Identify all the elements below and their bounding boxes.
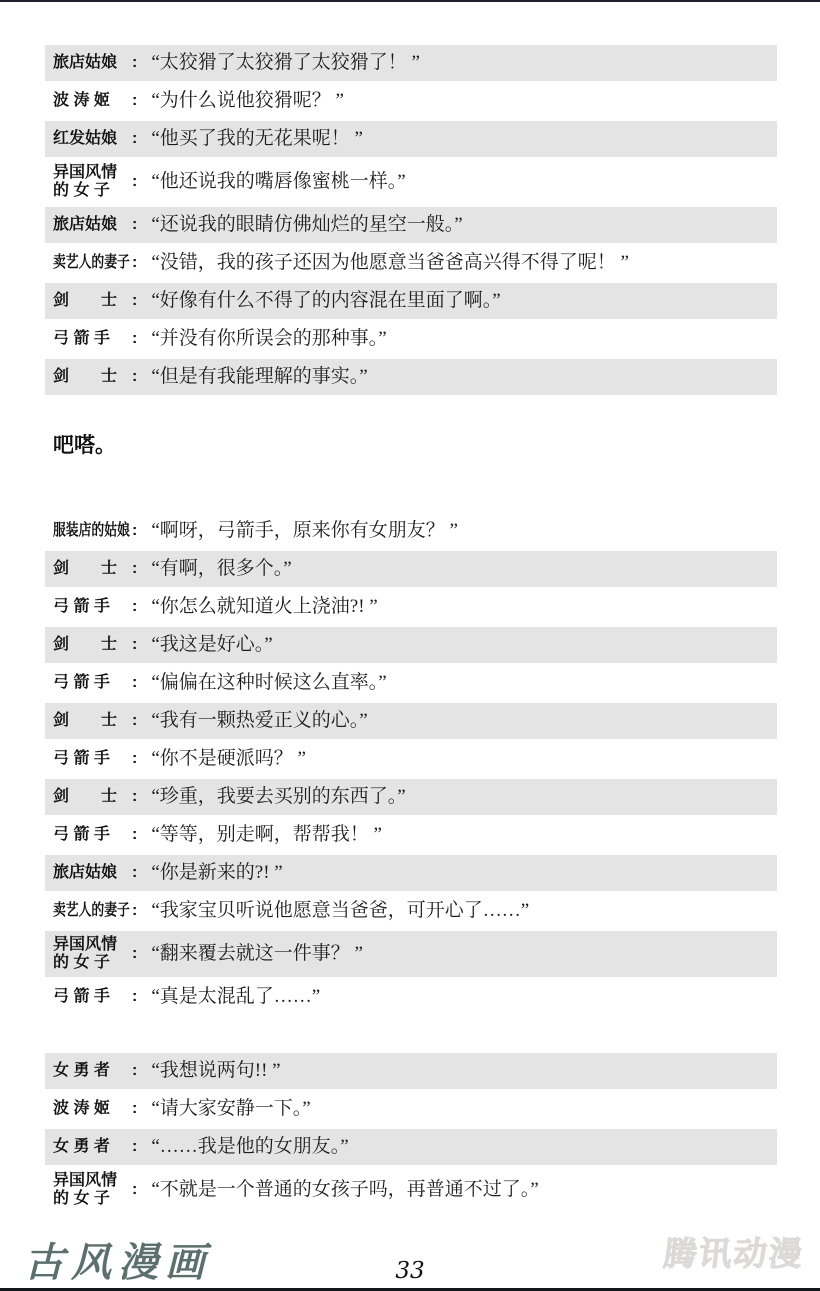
speaker-line2: 的 女 子 [53, 182, 131, 200]
dialogue-text: “你怎么就知道火上浇油?! ” [151, 596, 377, 618]
speaker-line1: 弓 箭 手 [53, 330, 131, 348]
speaker-colon: : [132, 674, 137, 692]
speaker-colon: : [132, 330, 137, 348]
dialogue-text: “啊呀，弓箭手，原来你有女朋友？ ” [151, 520, 458, 542]
dialogue-row: 弓 箭 手 : “真是太混乱了……” [45, 979, 777, 1015]
speaker-colon: : [132, 1100, 137, 1118]
watermark-logo: 腾讯动漫 [662, 1228, 807, 1275]
speaker-line2: 的 女 子 [53, 954, 131, 972]
speaker-line1: 剑 士 [53, 712, 131, 730]
dialogue-section-1: 旅店姑娘 : “太狡猾了太狡猾了太狡猾了！ ” 波 涛 姬 : “为什么说他狡猾… [45, 45, 777, 395]
speaker-line1: 弓 箭 手 [53, 674, 131, 692]
dialogue-row: 波 涛 姬 : “为什么说他狡猾呢？ ” [45, 83, 777, 119]
speaker-name: 旅店姑娘 [53, 216, 131, 234]
dialogue-row: 女 勇 者 : “……我是他的女朋友。” [45, 1129, 777, 1165]
speaker: 服装店的姑娘 : [53, 522, 137, 540]
dialogue-row: 剑 士 : “有啊，很多个。” [45, 551, 777, 587]
speaker-name: 弓 箭 手 [53, 988, 131, 1006]
speaker-line1: 弓 箭 手 [53, 988, 131, 1006]
dialogue-text: “太狡猾了太狡猾了太狡猾了！ ” [151, 52, 420, 74]
dialogue-section-2: 服装店的姑娘 : “啊呀，弓箭手，原来你有女朋友？ ” 剑 士 : “有啊，很多… [45, 513, 777, 1015]
speaker: 异国风情 的 女 子 : [53, 936, 137, 972]
dialogue-text: “有啊，很多个。” [151, 558, 291, 580]
dialogue-row: 旅店姑娘 : “太狡猾了太狡猾了太狡猾了！ ” [45, 45, 777, 81]
dialogue-row: 剑 士 : “我这是好心。” [45, 627, 777, 663]
speaker-colon: : [132, 864, 137, 882]
speaker-name: 弓 箭 手 [53, 330, 131, 348]
dialogue-row: 弓 箭 手 : “并没有你所误会的那种事。” [45, 321, 777, 357]
sfx-text: 吧嗒。 [53, 429, 777, 459]
dialogue-text: “珍重，我要去买别的东西了。” [151, 786, 405, 808]
dialogue-text: “……我是他的女朋友。” [151, 1136, 348, 1158]
speaker: 波 涛 姬 : [53, 1100, 137, 1118]
speaker-line1: 弓 箭 手 [53, 750, 131, 768]
speaker: 弓 箭 手 : [53, 330, 137, 348]
speaker: 旅店姑娘 : [53, 54, 137, 72]
speaker-line1: 女 勇 者 [53, 1138, 131, 1156]
dialogue-text: “不就是一个普通的女孩子吗，再普通不过了。” [151, 1179, 538, 1201]
speaker-colon: : [132, 750, 137, 768]
speaker: 弓 箭 手 : [53, 674, 137, 692]
dialogue-row: 弓 箭 手 : “等等，别走啊，帮帮我！ ” [45, 817, 777, 853]
speaker-name: 异国风情 的 女 子 [53, 936, 131, 972]
speaker-line2: 的 女 子 [53, 1190, 131, 1208]
dialogue-section-3: 女 勇 者 : “我想说两句!! ” 波 涛 姬 : “请大家安静一下。” 女 … [45, 1053, 777, 1213]
dialogue-text: “他还说我的嘴唇像蜜桃一样。” [151, 171, 405, 193]
dialogue-row: 异国风情 的 女 子 : “他还说我的嘴唇像蜜桃一样。” [45, 159, 777, 205]
speaker-colon: : [132, 788, 137, 806]
dialogue-text: “没错，我的孩子还因为他愿意当爸爸高兴得不得了呢！ ” [151, 252, 629, 274]
speaker-name: 服装店的姑娘 [53, 522, 131, 540]
dialogue-row: 弓 箭 手 : “你怎么就知道火上浇油?! ” [45, 589, 777, 625]
speaker: 剑 士 : [53, 368, 137, 386]
speaker-line1: 弓 箭 手 [53, 598, 131, 616]
dialogue-text: “请大家安静一下。” [151, 1098, 310, 1120]
speaker-name: 卖艺人的妻子 [53, 254, 131, 272]
speaker: 旅店姑娘 : [53, 864, 137, 882]
dialogue-text: “他买了我的无花果呢！ ” [151, 128, 363, 150]
speaker-line1: 旅店姑娘 [53, 216, 131, 234]
dialogue-row: 异国风情 的 女 子 : “不就是一个普通的女孩子吗，再普通不过了。” [45, 1167, 777, 1213]
dialogue-text: “我想说两句!! ” [151, 1060, 280, 1082]
speaker-colon: : [132, 598, 137, 616]
speaker-name: 旅店姑娘 [53, 54, 131, 72]
dialogue-text: “你是新来的?! ” [151, 862, 282, 884]
speaker-colon: : [132, 945, 137, 963]
speaker-line1: 波 涛 姬 [53, 1100, 131, 1118]
dialogue-text: “我有一颗热爱正义的心。” [151, 710, 367, 732]
dialogue-text: “但是有我能理解的事实。” [151, 366, 367, 388]
speaker-name: 旅店姑娘 [53, 864, 131, 882]
speaker-name: 剑 士 [53, 788, 131, 806]
speaker-name: 异国风情 的 女 子 [53, 164, 131, 200]
speaker-colon: : [132, 1138, 137, 1156]
speaker-colon: : [132, 522, 137, 540]
speaker: 卖艺人的妻子 : [53, 902, 137, 920]
speaker-colon: : [132, 902, 137, 920]
speaker: 剑 士 : [53, 560, 137, 578]
speaker-colon: : [132, 130, 137, 148]
speaker-line1: 剑 士 [53, 788, 131, 806]
speaker-name: 弓 箭 手 [53, 674, 131, 692]
dialogue-row: 剑 士 : “我有一颗热爱正义的心。” [45, 703, 777, 739]
dialogue-text: “并没有你所误会的那种事。” [151, 328, 386, 350]
speaker-line1: 红发姑娘 [53, 130, 131, 148]
speaker-name: 波 涛 姬 [53, 1100, 131, 1118]
speaker-colon: : [132, 368, 137, 386]
speaker-colon: : [132, 1181, 137, 1199]
speaker: 弓 箭 手 : [53, 750, 137, 768]
speaker: 旅店姑娘 : [53, 216, 137, 234]
speaker-line1: 服装店的姑娘 [53, 522, 115, 540]
dialogue-text: “为什么说他狡猾呢？ ” [151, 90, 344, 112]
top-border [0, 0, 820, 2]
speaker-name: 卖艺人的妻子 [53, 902, 131, 920]
speaker-name: 剑 士 [53, 636, 131, 654]
speaker-colon: : [132, 254, 137, 272]
speaker-name: 异国风情 的 女 子 [53, 1172, 131, 1208]
dialogue-row: 红发姑娘 : “他买了我的无花果呢！ ” [45, 121, 777, 157]
dialogue-text: “翻来覆去就这一件事？ ” [151, 943, 363, 965]
speaker: 弓 箭 手 : [53, 598, 137, 616]
speaker-colon: : [132, 560, 137, 578]
dialogue-text: “真是太混乱了……” [151, 986, 320, 1008]
speaker: 卖艺人的妻子 : [53, 254, 137, 272]
dialogue-row: 剑 士 : “但是有我能理解的事实。” [45, 359, 777, 395]
speaker-name: 波 涛 姬 [53, 92, 131, 110]
speaker-name: 剑 士 [53, 292, 131, 310]
speaker-line1: 剑 士 [53, 560, 131, 578]
dialogue-row: 异国风情 的 女 子 : “翻来覆去就这一件事？ ” [45, 931, 777, 977]
speaker-name: 剑 士 [53, 712, 131, 730]
speaker-name: 女 勇 者 [53, 1138, 131, 1156]
dialogue-text: “我这是好心。” [151, 634, 272, 656]
speaker-line1: 异国风情 [53, 1172, 131, 1190]
speaker: 红发姑娘 : [53, 130, 137, 148]
speaker-line1: 旅店姑娘 [53, 54, 131, 72]
speaker-colon: : [132, 988, 137, 1006]
speaker: 弓 箭 手 : [53, 826, 137, 844]
speaker-line1: 异国风情 [53, 936, 131, 954]
speaker-colon: : [132, 54, 137, 72]
speaker: 剑 士 : [53, 636, 137, 654]
speaker-colon: : [132, 826, 137, 844]
dialogue-row: 旅店姑娘 : “你是新来的?! ” [45, 855, 777, 891]
speaker-name: 红发姑娘 [53, 130, 131, 148]
speaker-name: 女 勇 者 [53, 1062, 131, 1080]
speaker: 剑 士 : [53, 788, 137, 806]
dialogue-row: 卖艺人的妻子 : “没错，我的孩子还因为他愿意当爸爸高兴得不得了呢！ ” [45, 245, 777, 281]
dialogue-row: 女 勇 者 : “我想说两句!! ” [45, 1053, 777, 1089]
dialogue-text: “你不是硬派吗？ ” [151, 748, 306, 770]
speaker-line1: 卖艺人的妻子 [53, 902, 115, 920]
dialogue-text: “偏偏在这种时候这么直率。” [151, 672, 386, 694]
dialogue-row: 旅店姑娘 : “还说我的眼睛仿佛灿烂的星空一般。” [45, 207, 777, 243]
speaker-colon: : [132, 92, 137, 110]
speaker-colon: : [132, 292, 137, 310]
dialogue-row: 剑 士 : “珍重，我要去买别的东西了。” [45, 779, 777, 815]
speaker-line1: 卖艺人的妻子 [53, 254, 115, 272]
dialogue-row: 剑 士 : “好像有什么不得了的内容混在里面了啊。” [45, 283, 777, 319]
dialogue-list: 旅店姑娘 : “太狡猾了太狡猾了太狡猾了！ ” 波 涛 姬 : “为什么说他狡猾… [45, 45, 777, 1215]
speaker: 异国风情 的 女 子 : [53, 1172, 137, 1208]
speaker-line1: 旅店姑娘 [53, 864, 131, 882]
speaker-line1: 弓 箭 手 [53, 826, 131, 844]
speaker-line1: 剑 士 [53, 292, 131, 310]
speaker: 女 勇 者 : [53, 1138, 137, 1156]
speaker-line1: 波 涛 姬 [53, 92, 131, 110]
speaker-name: 弓 箭 手 [53, 598, 131, 616]
speaker: 剑 士 : [53, 292, 137, 310]
speaker: 女 勇 者 : [53, 1062, 137, 1080]
speaker: 波 涛 姬 : [53, 92, 137, 110]
dialogue-text: “我家宝贝听说他愿意当爸爸，可开心了……” [151, 900, 529, 922]
dialogue-text: “等等，别走啊，帮帮我！ ” [151, 824, 382, 846]
dialogue-text: “还说我的眼睛仿佛灿烂的星空一般。” [151, 214, 462, 236]
speaker: 异国风情 的 女 子 : [53, 164, 137, 200]
speaker-colon: : [132, 636, 137, 654]
speaker-line1: 异国风情 [53, 164, 131, 182]
speaker-line1: 剑 士 [53, 368, 131, 386]
speaker-name: 弓 箭 手 [53, 750, 131, 768]
dialogue-row: 弓 箭 手 : “偏偏在这种时候这么直率。” [45, 665, 777, 701]
speaker-colon: : [132, 712, 137, 730]
speaker-line1: 剑 士 [53, 636, 131, 654]
dialogue-row: 波 涛 姬 : “请大家安静一下。” [45, 1091, 777, 1127]
dialogue-row: 卖艺人的妻子 : “我家宝贝听说他愿意当爸爸，可开心了……” [45, 893, 777, 929]
speaker: 剑 士 : [53, 712, 137, 730]
script-page: { "dialogue": { "colon": ":", "sfx": "吧嗒… [0, 0, 820, 1291]
speaker: 弓 箭 手 : [53, 988, 137, 1006]
dialogue-row: 服装店的姑娘 : “啊呀，弓箭手，原来你有女朋友？ ” [45, 513, 777, 549]
speaker-colon: : [132, 216, 137, 234]
speaker-name: 弓 箭 手 [53, 826, 131, 844]
dialogue-text: “好像有什么不得了的内容混在里面了啊。” [151, 290, 500, 312]
speaker-name: 剑 士 [53, 560, 131, 578]
speaker-colon: : [132, 173, 137, 191]
speaker-line1: 女 勇 者 [53, 1062, 131, 1080]
dialogue-row: 弓 箭 手 : “你不是硬派吗？ ” [45, 741, 777, 777]
speaker-name: 剑 士 [53, 368, 131, 386]
speaker-colon: : [132, 1062, 137, 1080]
